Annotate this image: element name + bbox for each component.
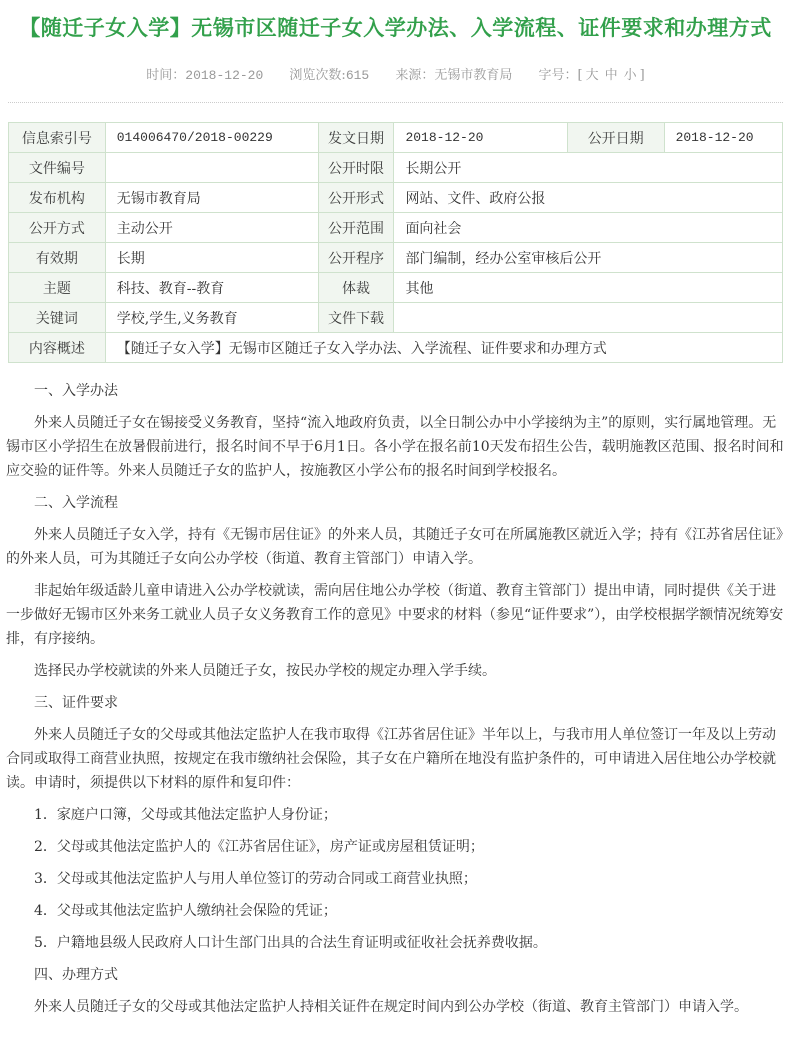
index-number-label: 信息索引号 xyxy=(9,123,106,153)
meta-bar: 时间：2018-12-20 浏览次数:615 来源：无锡市教育局 字号：[大中小… xyxy=(0,67,791,85)
table-row: 发布机构 无锡市教育局 公开形式 网站、文件、政府公报 xyxy=(9,183,783,213)
public-date-label: 公开日期 xyxy=(567,123,664,153)
meta-views: 浏览次数:615 xyxy=(289,67,369,85)
font-size-switcher: 字号：[大中小] xyxy=(539,67,645,85)
issue-date-value: 2018-12-20 xyxy=(394,123,567,153)
article-paragraph: 外来人员随迁子女的父母或其他法定监护人持相关证件在规定时间内到公办学校（街道、教… xyxy=(6,995,785,1019)
article-paragraph: 选择民办学校就读的外来人员随迁子女，按民办学校的规定办理入学手续。 xyxy=(6,659,785,683)
genre-value: 其他 xyxy=(394,273,783,303)
summary-label: 内容概述 xyxy=(9,333,106,363)
font-size-bracket-close: ] xyxy=(640,68,645,83)
public-scope-label: 公开范围 xyxy=(318,213,394,243)
file-download-label: 文件下载 xyxy=(318,303,394,333)
public-date-value: 2018-12-20 xyxy=(664,123,782,153)
meta-time: 时间：2018-12-20 xyxy=(146,67,263,85)
public-form-value: 网站、文件、政府公报 xyxy=(394,183,783,213)
table-row: 主题 科技、教育--教育 体裁 其他 xyxy=(9,273,783,303)
section-heading: 三、证件要求 xyxy=(6,691,785,715)
font-size-bracket-open: [ xyxy=(578,68,583,83)
summary-value: 【随迁子女入学】无锡市区随迁子女入学办法、入学流程、证件要求和办理方式 xyxy=(105,333,782,363)
publisher-value: 无锡市教育局 xyxy=(105,183,318,213)
issue-date-label: 发文日期 xyxy=(318,123,394,153)
article-body: 一、入学办法 外来人员随迁子女在锡接受义务教育，坚持“流入地政府负责，以全日制公… xyxy=(6,379,785,1037)
table-row: 内容概述 【随迁子女入学】无锡市区随迁子女入学办法、入学流程、证件要求和办理方式 xyxy=(9,333,783,363)
requirement-item: 1．家庭户口簿，父母或其他法定监护人身份证； xyxy=(6,803,785,827)
publisher-label: 发布机构 xyxy=(9,183,106,213)
genre-label: 体裁 xyxy=(318,273,394,303)
file-download-value xyxy=(394,303,783,333)
meta-source-value: 无锡市教育局 xyxy=(434,68,512,83)
table-row: 有效期 长期 公开程序 部门编制，经办公室审核后公开 xyxy=(9,243,783,273)
keywords-value: 学校,学生,义务教育 xyxy=(105,303,318,333)
table-row: 关键词 学校,学生,义务教育 文件下载 xyxy=(9,303,783,333)
theme-label: 主题 xyxy=(9,273,106,303)
doc-number-label: 文件编号 xyxy=(9,153,106,183)
page-title: 【随迁子女入学】无锡市区随迁子女入学办法、入学流程、证件要求和办理方式 xyxy=(10,14,781,44)
meta-source: 来源：无锡市教育局 xyxy=(395,67,512,85)
public-procedure-value: 部门编制，经办公室审核后公开 xyxy=(394,243,783,273)
requirement-item: 4．父母或其他法定监护人缴纳社会保险的凭证； xyxy=(6,899,785,923)
table-row: 信息索引号 014006470/2018-00229 发文日期 2018-12-… xyxy=(9,123,783,153)
doc-number-value xyxy=(105,153,318,183)
font-size-medium-link[interactable]: 中 xyxy=(605,68,618,83)
dotted-divider xyxy=(8,102,783,103)
meta-time-label: 时间： xyxy=(146,68,185,83)
validity-value: 长期 xyxy=(105,243,318,273)
meta-views-value: 615 xyxy=(346,68,369,83)
table-row: 公开方式 主动公开 公开范围 面向社会 xyxy=(9,213,783,243)
section-heading: 二、入学流程 xyxy=(6,491,785,515)
table-row: 文件编号 公开时限 长期公开 xyxy=(9,153,783,183)
document-info-table: 信息索引号 014006470/2018-00229 发文日期 2018-12-… xyxy=(8,122,783,363)
article-paragraph: 外来人员随迁子女在锡接受义务教育，坚持“流入地政府负责，以全日制公办中小学接纳为… xyxy=(6,411,785,483)
article-paragraph: 外来人员随迁子女的父母或其他法定监护人在我市取得《江苏省居住证》半年以上，与我市… xyxy=(6,723,785,795)
meta-time-value: 2018-12-20 xyxy=(185,68,263,83)
public-method-label: 公开方式 xyxy=(9,213,106,243)
page: 【随迁子女入学】无锡市区随迁子女入学办法、入学流程、证件要求和办理方式 时间：2… xyxy=(0,0,791,1037)
requirement-item: 5．户籍地县级人民政府人口计生部门出具的合法生育证明或征收社会抚养费收据。 xyxy=(6,931,785,955)
public-period-value: 长期公开 xyxy=(394,153,783,183)
public-scope-value: 面向社会 xyxy=(394,213,783,243)
meta-views-label: 浏览次数: xyxy=(289,68,345,83)
public-form-label: 公开形式 xyxy=(318,183,394,213)
requirement-item: 3．父母或其他法定监护人与用人单位签订的劳动合同或工商营业执照； xyxy=(6,867,785,891)
validity-label: 有效期 xyxy=(9,243,106,273)
font-size-label: 字号： xyxy=(539,68,578,83)
keywords-label: 关键词 xyxy=(9,303,106,333)
theme-value: 科技、教育--教育 xyxy=(105,273,318,303)
requirement-item: 2．父母或其他法定监护人的《江苏省居住证》，房产证或房屋租赁证明； xyxy=(6,835,785,859)
font-size-large-link[interactable]: 大 xyxy=(586,68,599,83)
public-procedure-label: 公开程序 xyxy=(318,243,394,273)
section-heading: 四、办理方式 xyxy=(6,963,785,987)
article-paragraph: 非起始年级适龄儿童申请进入公办学校就读，需向居住地公办学校（街道、教育主管部门）… xyxy=(6,579,785,651)
font-size-small-link[interactable]: 小 xyxy=(624,68,637,83)
section-heading: 一、入学办法 xyxy=(6,379,785,403)
public-period-label: 公开时限 xyxy=(318,153,394,183)
article-paragraph: 外来人员随迁子女入学，持有《无锡市居住证》的外来人员，其随迁子女可在所属施教区就… xyxy=(6,523,785,571)
meta-source-label: 来源： xyxy=(395,68,434,83)
public-method-value: 主动公开 xyxy=(105,213,318,243)
index-number-value: 014006470/2018-00229 xyxy=(105,123,318,153)
